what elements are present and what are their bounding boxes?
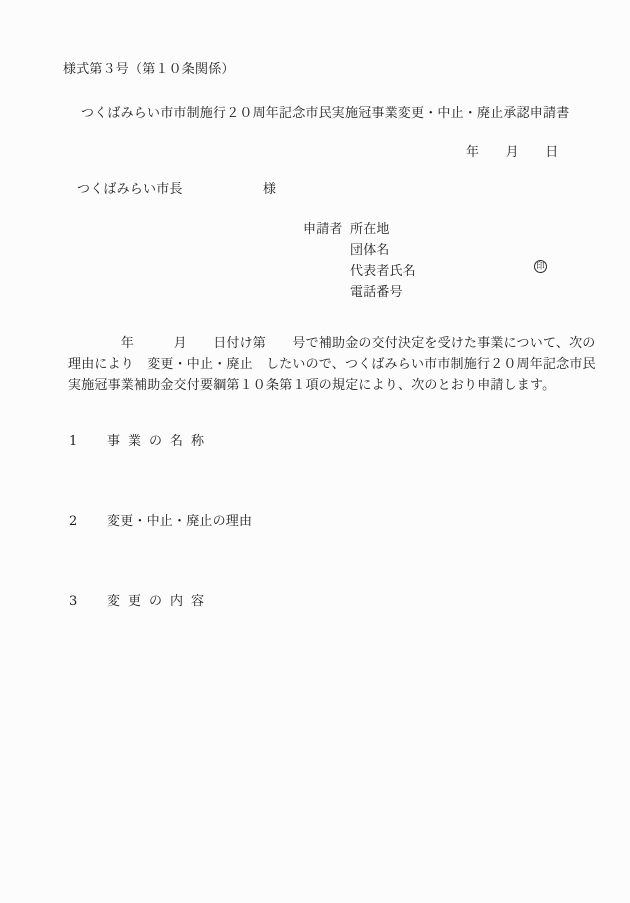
applicant-field-representative: 代表者氏名 [350,264,416,279]
date-placeholder-line: 年 月 日 [466,145,558,160]
document-title: つくばみらい市市制施行２０周年記念市民実施冠事業変更・中止・廃止承認申請書 [81,106,569,121]
body-paragraph-line: 年 月 日付け第 号で補助金の交付決定を受けた事業について、次の [68,336,595,351]
section-change-reason: 2 変更・中止・廃止の理由 [69,514,252,529]
addressee-name: つくばみらい市長 [77,182,183,197]
body-paragraph-line: 実施冠事業補助金交付要綱第１０条第１項の規定により、次のとおり申請します。 [68,378,555,393]
addressee-honorific: 様 [263,182,276,197]
section-number: 3 [69,594,107,609]
form-number: 様式第３号（第１０条関係） [63,62,235,77]
applicant-field-organization: 団体名 [350,243,390,258]
section-label: 事業の名称 [107,434,212,449]
section-number: 2 [69,514,107,529]
section-business-name: 1 事業の名称 [69,434,212,449]
section-number: 1 [69,434,107,449]
section-label: 変更の内容 [107,594,212,609]
body-paragraph-line: 理由により 変更・中止・廃止 したいので、つくばみらい市市制施行２０周年記念市民 [68,357,596,372]
seal-character: 印 [536,263,545,272]
document-page: 様式第３号（第１０条関係） つくばみらい市市制施行２０周年記念市民実施冠事業変更… [0,0,630,903]
applicant-field-address: 所在地 [350,222,390,237]
seal-mark-icon: 印 [534,260,547,273]
section-label: 変更・中止・廃止の理由 [107,514,252,529]
applicant-field-phone: 電話番号 [350,285,403,300]
section-change-details: 3 変更の内容 [69,594,212,609]
applicant-label: 申請者 [303,222,343,237]
